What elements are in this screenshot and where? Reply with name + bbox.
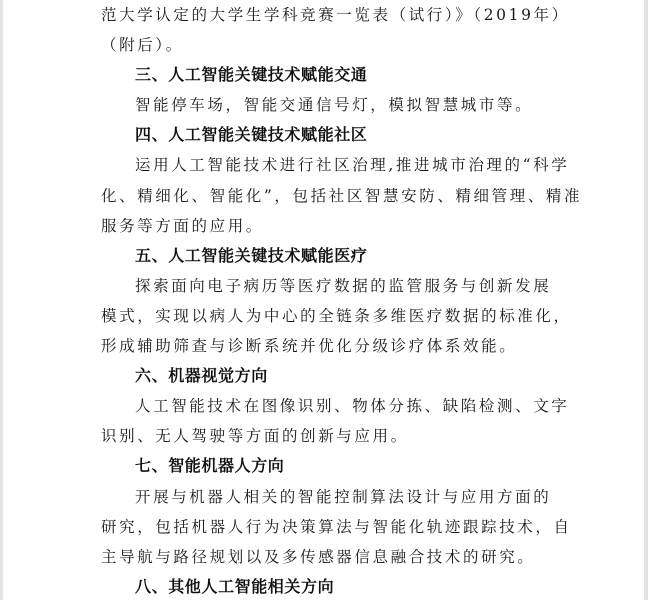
body-text-line: （附后）。 bbox=[101, 30, 551, 60]
body-text-line: 探索面向电子病历等医疗数据的监管服务与创新发展 bbox=[101, 271, 551, 301]
body-text-line: 识别、无人驾驶等方面的创新与应用。 bbox=[101, 421, 551, 451]
section-heading-community: 四、人工智能关键技术赋能社区 bbox=[101, 120, 551, 150]
body-text-line: 人工智能技术在图像识别、物体分拣、缺陷检测、文字 bbox=[101, 391, 551, 421]
body-text-line: 范大学认定的大学生学科竞赛一览表（试行）》（2019年） bbox=[101, 0, 551, 30]
section-heading-medical: 五、人工智能关键技术赋能医疗 bbox=[101, 241, 551, 271]
section-heading-robotics: 七、智能机器人方向 bbox=[101, 451, 551, 481]
body-text-line: 形成辅助筛查与诊断系统并优化分级诊疗体系效能。 bbox=[101, 331, 551, 361]
document-page: 范大学认定的大学生学科竞赛一览表（试行）》（2019年） （附后）。 三、人工智… bbox=[3, 0, 644, 600]
body-text-line: 运用人工智能技术进行社区治理,推进城市治理的“科学 bbox=[101, 150, 551, 180]
body-text-line: 模式，实现以病人为中心的全链条多维医疗数据的标准化， bbox=[101, 301, 551, 331]
section-heading-other-ai: 八、其他人工智能相关方向 bbox=[101, 572, 551, 600]
body-text-line: 服务等方面的应用。 bbox=[101, 211, 551, 241]
body-text-line: 智能停车场，智能交通信号灯，模拟智慧城市等。 bbox=[101, 90, 551, 120]
document-content: 范大学认定的大学生学科竞赛一览表（试行）》（2019年） （附后）。 三、人工智… bbox=[101, 0, 551, 600]
body-text-line: 开展与机器人相关的智能控制算法设计与应用方面的 bbox=[101, 482, 551, 512]
body-text-line: 研究，包括机器人行为决策算法与智能化轨迹跟踪技术，自 bbox=[101, 512, 551, 542]
section-heading-transport: 三、人工智能关键技术赋能交通 bbox=[101, 60, 551, 90]
section-heading-machine-vision: 六、机器视觉方向 bbox=[101, 361, 551, 391]
body-text-line: 主导航与路径规划以及多传感器信息融合技术的研究。 bbox=[101, 542, 551, 572]
body-text-line: 化、精细化、智能化”，包括社区智慧安防、精细管理、精准 bbox=[101, 181, 551, 211]
